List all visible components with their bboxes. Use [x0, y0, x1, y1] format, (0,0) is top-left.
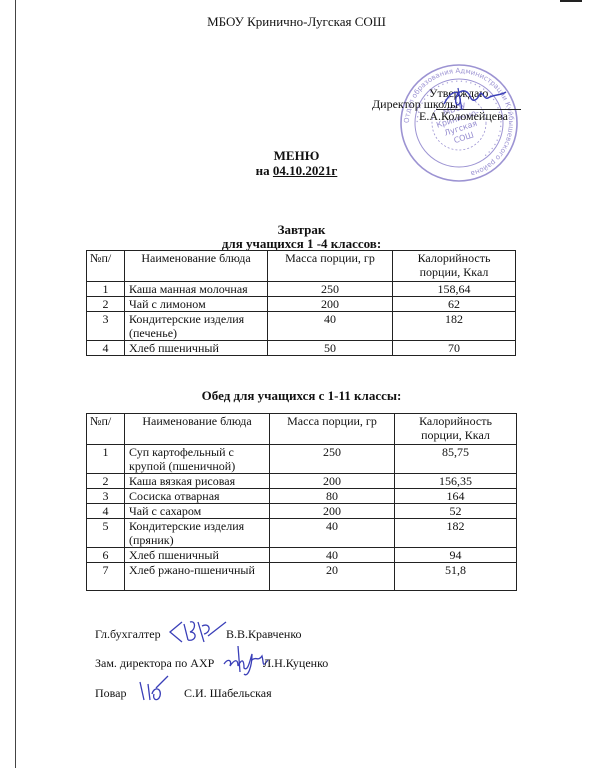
signature-role-cook: Повар: [95, 686, 127, 701]
col-mass: Масса порции, гр: [270, 414, 395, 445]
row-mass: 40: [270, 548, 395, 563]
row-dish-name: Суп картофельный с крупой (пшеничной): [125, 445, 270, 474]
row-dish-name: Каша манная молочная: [125, 282, 268, 297]
col-dish-name: Наименование блюда: [125, 251, 268, 282]
row-number: 6: [87, 548, 125, 563]
row-mass: 250: [268, 282, 393, 297]
row-mass: 200: [270, 504, 395, 519]
table-row: 1Суп картофельный с крупой (пшеничной)25…: [87, 445, 517, 474]
col-dish-name: Наименование блюда: [125, 414, 270, 445]
row-calories: 158,64: [393, 282, 516, 297]
row-dish-name: Сосиска отварная: [125, 489, 270, 504]
row-number: 1: [87, 445, 125, 474]
table-row: 2Каша вязкая рисовая200156,35: [87, 474, 517, 489]
row-calories: 51,8: [395, 563, 517, 591]
row-calories: 164: [395, 489, 517, 504]
cook-signature-icon: [138, 674, 170, 704]
row-number: 1: [87, 282, 125, 297]
row-number: 4: [87, 504, 125, 519]
col-calories: Калорийность порции, Ккал: [393, 251, 516, 282]
row-calories: 94: [395, 548, 517, 563]
row-calories: 70: [393, 341, 516, 356]
row-dish-name: Хлеб пшеничный: [125, 548, 270, 563]
menu-date-prefix: на: [256, 163, 270, 178]
accountant-signature-icon: [168, 618, 228, 646]
row-dish-name: Каша вязкая рисовая: [125, 474, 270, 489]
signature-name-cook: С.И. Шабельская: [184, 686, 272, 701]
row-dish-name: Чай с лимоном: [125, 297, 268, 312]
table-row: 6Хлеб пшеничный4094: [87, 548, 517, 563]
row-calories: 156,35: [395, 474, 517, 489]
row-calories: 85,75: [395, 445, 517, 474]
col-mass: Масса порции, гр: [268, 251, 393, 282]
row-number: 2: [87, 297, 125, 312]
director-name: Е.А.Коломейцева: [419, 109, 508, 124]
table-row: 4Хлеб пшеничный5070: [87, 341, 516, 356]
row-dish-name: Кондитерские изделия (печенье): [125, 312, 268, 341]
col-number: №п/: [87, 251, 125, 282]
row-mass: 50: [268, 341, 393, 356]
table-row: 2Чай с лимоном20062: [87, 297, 516, 312]
table-row: 5Кондитерские изделия (пряник)40182: [87, 519, 517, 548]
lunch-title: Обед для учащихся с 1-11 классы:: [0, 388, 593, 404]
table-row: 4Чай с сахаром20052: [87, 504, 517, 519]
row-number: 5: [87, 519, 125, 548]
row-number: 7: [87, 563, 125, 591]
row-dish-name: Хлеб ржано-пшеничный: [125, 563, 270, 591]
row-mass: 80: [270, 489, 395, 504]
signature-name-deputy: Л.Н.Куценко: [263, 656, 328, 671]
table-row: 1Каша манная молочная250158,64: [87, 282, 516, 297]
menu-date: на 04.10.2021г: [0, 163, 593, 179]
row-mass: 40: [270, 519, 395, 548]
scan-corner-mark: [560, 0, 582, 2]
row-mass: 250: [270, 445, 395, 474]
row-number: 4: [87, 341, 125, 356]
row-calories: 62: [393, 297, 516, 312]
breakfast-table: №п/ Наименование блюда Масса порции, гр …: [86, 250, 516, 356]
school-name: МБОУ Кринично-Лугская СОШ: [0, 14, 593, 30]
row-number: 3: [87, 312, 125, 341]
row-dish-name: Хлеб пшеничный: [125, 341, 268, 356]
row-calories: 182: [395, 519, 517, 548]
scan-edge-line: [15, 0, 16, 768]
col-calories: Калорийность порции, Ккал: [395, 414, 517, 445]
lunch-table: №п/ Наименование блюда Масса порции, гр …: [86, 413, 517, 591]
menu-date-value: 04.10.2021г: [273, 163, 337, 178]
row-number: 2: [87, 474, 125, 489]
col-number: №п/: [87, 414, 125, 445]
table-header-row: №п/ Наименование блюда Масса порции, гр …: [87, 251, 516, 282]
table-row: 3Сосиска отварная80164: [87, 489, 517, 504]
table-row: 3Кондитерские изделия (печенье)40182: [87, 312, 516, 341]
row-mass: 200: [270, 474, 395, 489]
row-calories: 182: [393, 312, 516, 341]
signature-role-deputy: Зам. директора по АХР: [95, 656, 214, 671]
row-calories: 52: [395, 504, 517, 519]
signature-role-accountant: Гл.бухгалтер: [95, 627, 161, 642]
row-mass: 40: [268, 312, 393, 341]
menu-title: МЕНЮ: [0, 148, 593, 164]
signature-name-accountant: В.В.Кравченко: [226, 627, 302, 642]
row-number: 3: [87, 489, 125, 504]
row-mass: 200: [268, 297, 393, 312]
row-dish-name: Чай с сахаром: [125, 504, 270, 519]
table-header-row: №п/ Наименование блюда Масса порции, гр …: [87, 414, 517, 445]
table-row: 7Хлеб ржано-пшеничный2051,8: [87, 563, 517, 591]
row-dish-name: Кондитерские изделия (пряник): [125, 519, 270, 548]
row-mass: 20: [270, 563, 395, 591]
